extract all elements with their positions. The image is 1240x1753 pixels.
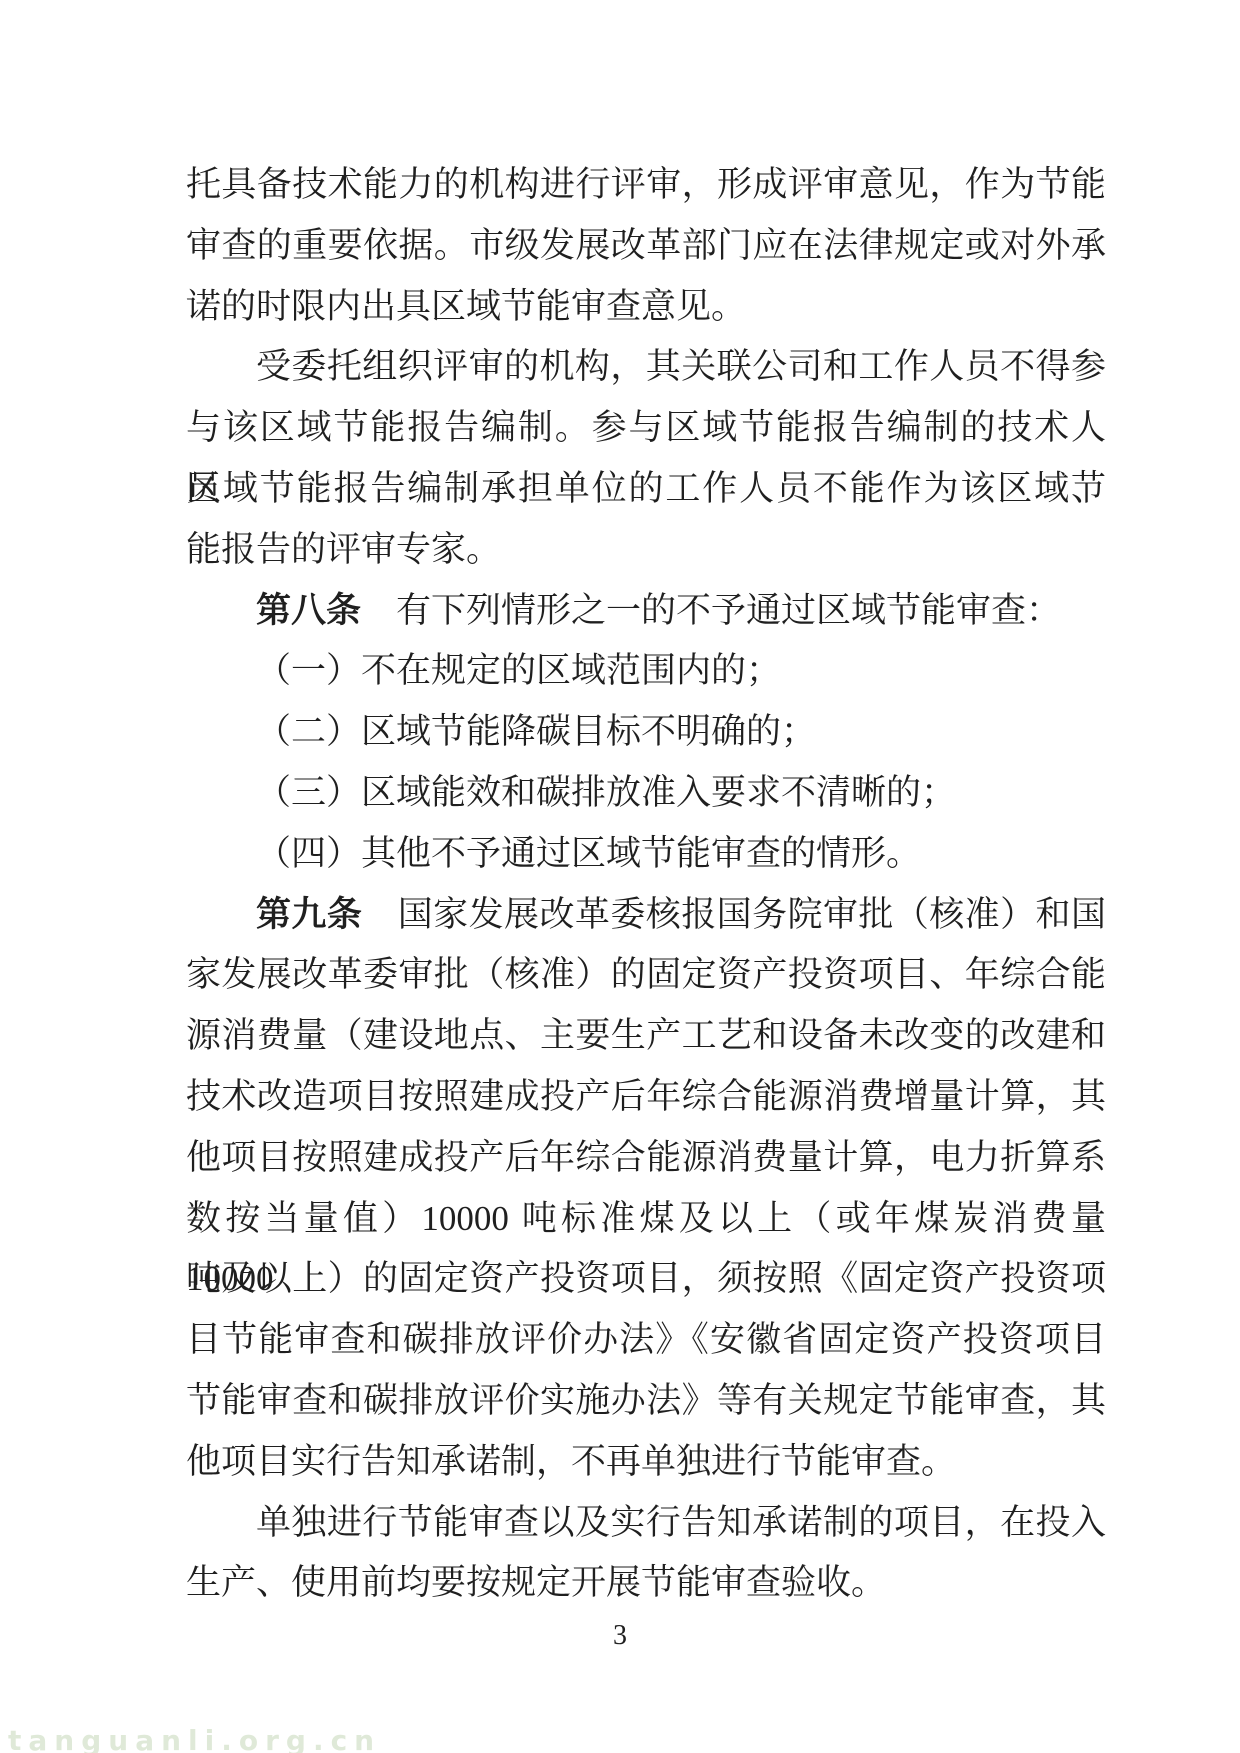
text-line: 能报告的评审专家。 [186,520,1106,581]
text-segment: 源消费量（建设地点、主要生产工艺和设备未改变的改建和 [186,1016,1106,1055]
text-line: 诺的时限内出具区域节能审查意见。 [186,277,1106,338]
text-segment: 家发展改革委审批（核准）的固定资产投资项目、年综合能 [186,955,1106,994]
text-line: 区域节能报告编制承担单位的工作人员不能作为该区域节 [186,459,1106,520]
text-segment: 生产、使用前均要按规定开展节能审查验收。 [186,1563,886,1602]
document-body: 托具备技术能力的机构进行评审，形成评审意见，作为节能审查的重要依据。市级发展改革… [186,155,1106,1614]
text-line: 数按当量值）10000 吨标准煤及以上（或年煤炭消费量 10000 [186,1189,1106,1250]
text-segment: 有下列情形之一的不予通过区域节能审查： [361,591,1061,630]
text-line: 技术改造项目按照建成投产后年综合能源消费增量计算，其 [186,1067,1106,1128]
text-segment: 托具备技术能力的机构进行评审，形成评审意见，作为节能 [186,165,1106,204]
text-line: （三）区域能效和碳排放准入要求不清晰的； [186,763,1106,824]
text-line: 他项目按照建成投产后年综合能源消费量计算，电力折算系 [186,1128,1106,1189]
text-segment: 目节能审查和碳排放评价办法》《安徽省固定资产投资项目 [186,1320,1106,1359]
text-line: 第八条 有下列情形之一的不予通过区域节能审查： [186,581,1106,642]
text-segment: 节能审查和碳排放评价实施办法》等有关规定节能审查，其 [186,1381,1106,1420]
text-line: 第九条 国家发展改革委核报国务院审批（核准）和国 [186,885,1106,946]
text-segment: （四）其他不予通过区域节能审查的情形。 [256,834,921,873]
text-line: 目节能审查和碳排放评价办法》《安徽省固定资产投资项目 [186,1310,1106,1371]
text-line: 生产、使用前均要按规定开展节能审查验收。 [186,1553,1106,1614]
text-segment: （三）区域能效和碳排放准入要求不清晰的； [256,773,956,812]
text-segment: 技术改造项目按照建成投产后年综合能源消费增量计算，其 [186,1077,1106,1116]
article-number: 第八条 [256,591,361,630]
watermark-text: tanguanli.org.cn [8,1724,381,1753]
text-line: （二）区域节能降碳目标不明确的； [186,702,1106,763]
text-segment: 国家发展改革委核报国务院审批（核准）和国 [362,895,1106,934]
text-segment: 单独进行节能审查以及实行告知承诺制的项目，在投入 [256,1503,1106,1542]
text-segment: 吨及以上）的固定资产投资项目，须按照《固定资产投资项 [186,1259,1106,1298]
text-line: 审查的重要依据。市级发展改革部门应在法律规定或对外承 [186,216,1106,277]
text-line: 与该区域节能报告编制。参与区域节能报告编制的技术人员、 [186,398,1106,459]
text-line: 源消费量（建设地点、主要生产工艺和设备未改变的改建和 [186,1006,1106,1067]
text-line: 吨及以上）的固定资产投资项目，须按照《固定资产投资项 [186,1249,1106,1310]
text-segment: 他项目按照建成投产后年综合能源消费量计算，电力折算系 [186,1138,1106,1177]
text-segment: （一）不在规定的区域范围内的； [256,651,781,690]
text-line: （一）不在规定的区域范围内的； [186,641,1106,702]
text-line: 节能审查和碳排放评价实施办法》等有关规定节能审查，其 [186,1371,1106,1432]
text-line: 托具备技术能力的机构进行评审，形成评审意见，作为节能 [186,155,1106,216]
text-segment: 诺的时限内出具区域节能审查意见。 [186,287,746,326]
text-line: 家发展改革委审批（核准）的固定资产投资项目、年综合能 [186,945,1106,1006]
text-line: 单独进行节能审查以及实行告知承诺制的项目，在投入 [186,1493,1106,1554]
text-line: 他项目实行告知承诺制，不再单独进行节能审查。 [186,1432,1106,1493]
text-line: 受委托组织评审的机构，其关联公司和工作人员不得参 [186,337,1106,398]
text-segment: 他项目实行告知承诺制，不再单独进行节能审查。 [186,1442,956,1481]
document-page: 托具备技术能力的机构进行评审，形成评审意见，作为节能审查的重要依据。市级发展改革… [0,0,1240,1753]
text-segment: （二）区域节能降碳目标不明确的； [256,712,816,751]
text-segment: 区域节能报告编制承担单位的工作人员不能作为该区域节 [186,469,1106,508]
article-number: 第九条 [256,895,362,934]
page-number: 3 [0,1620,1240,1652]
text-segment: 审查的重要依据。市级发展改革部门应在法律规定或对外承 [186,226,1106,265]
text-segment: 能报告的评审专家。 [186,530,501,569]
text-line: （四）其他不予通过区域节能审查的情形。 [186,824,1106,885]
text-segment: 受委托组织评审的机构，其关联公司和工作人员不得参 [256,347,1106,386]
